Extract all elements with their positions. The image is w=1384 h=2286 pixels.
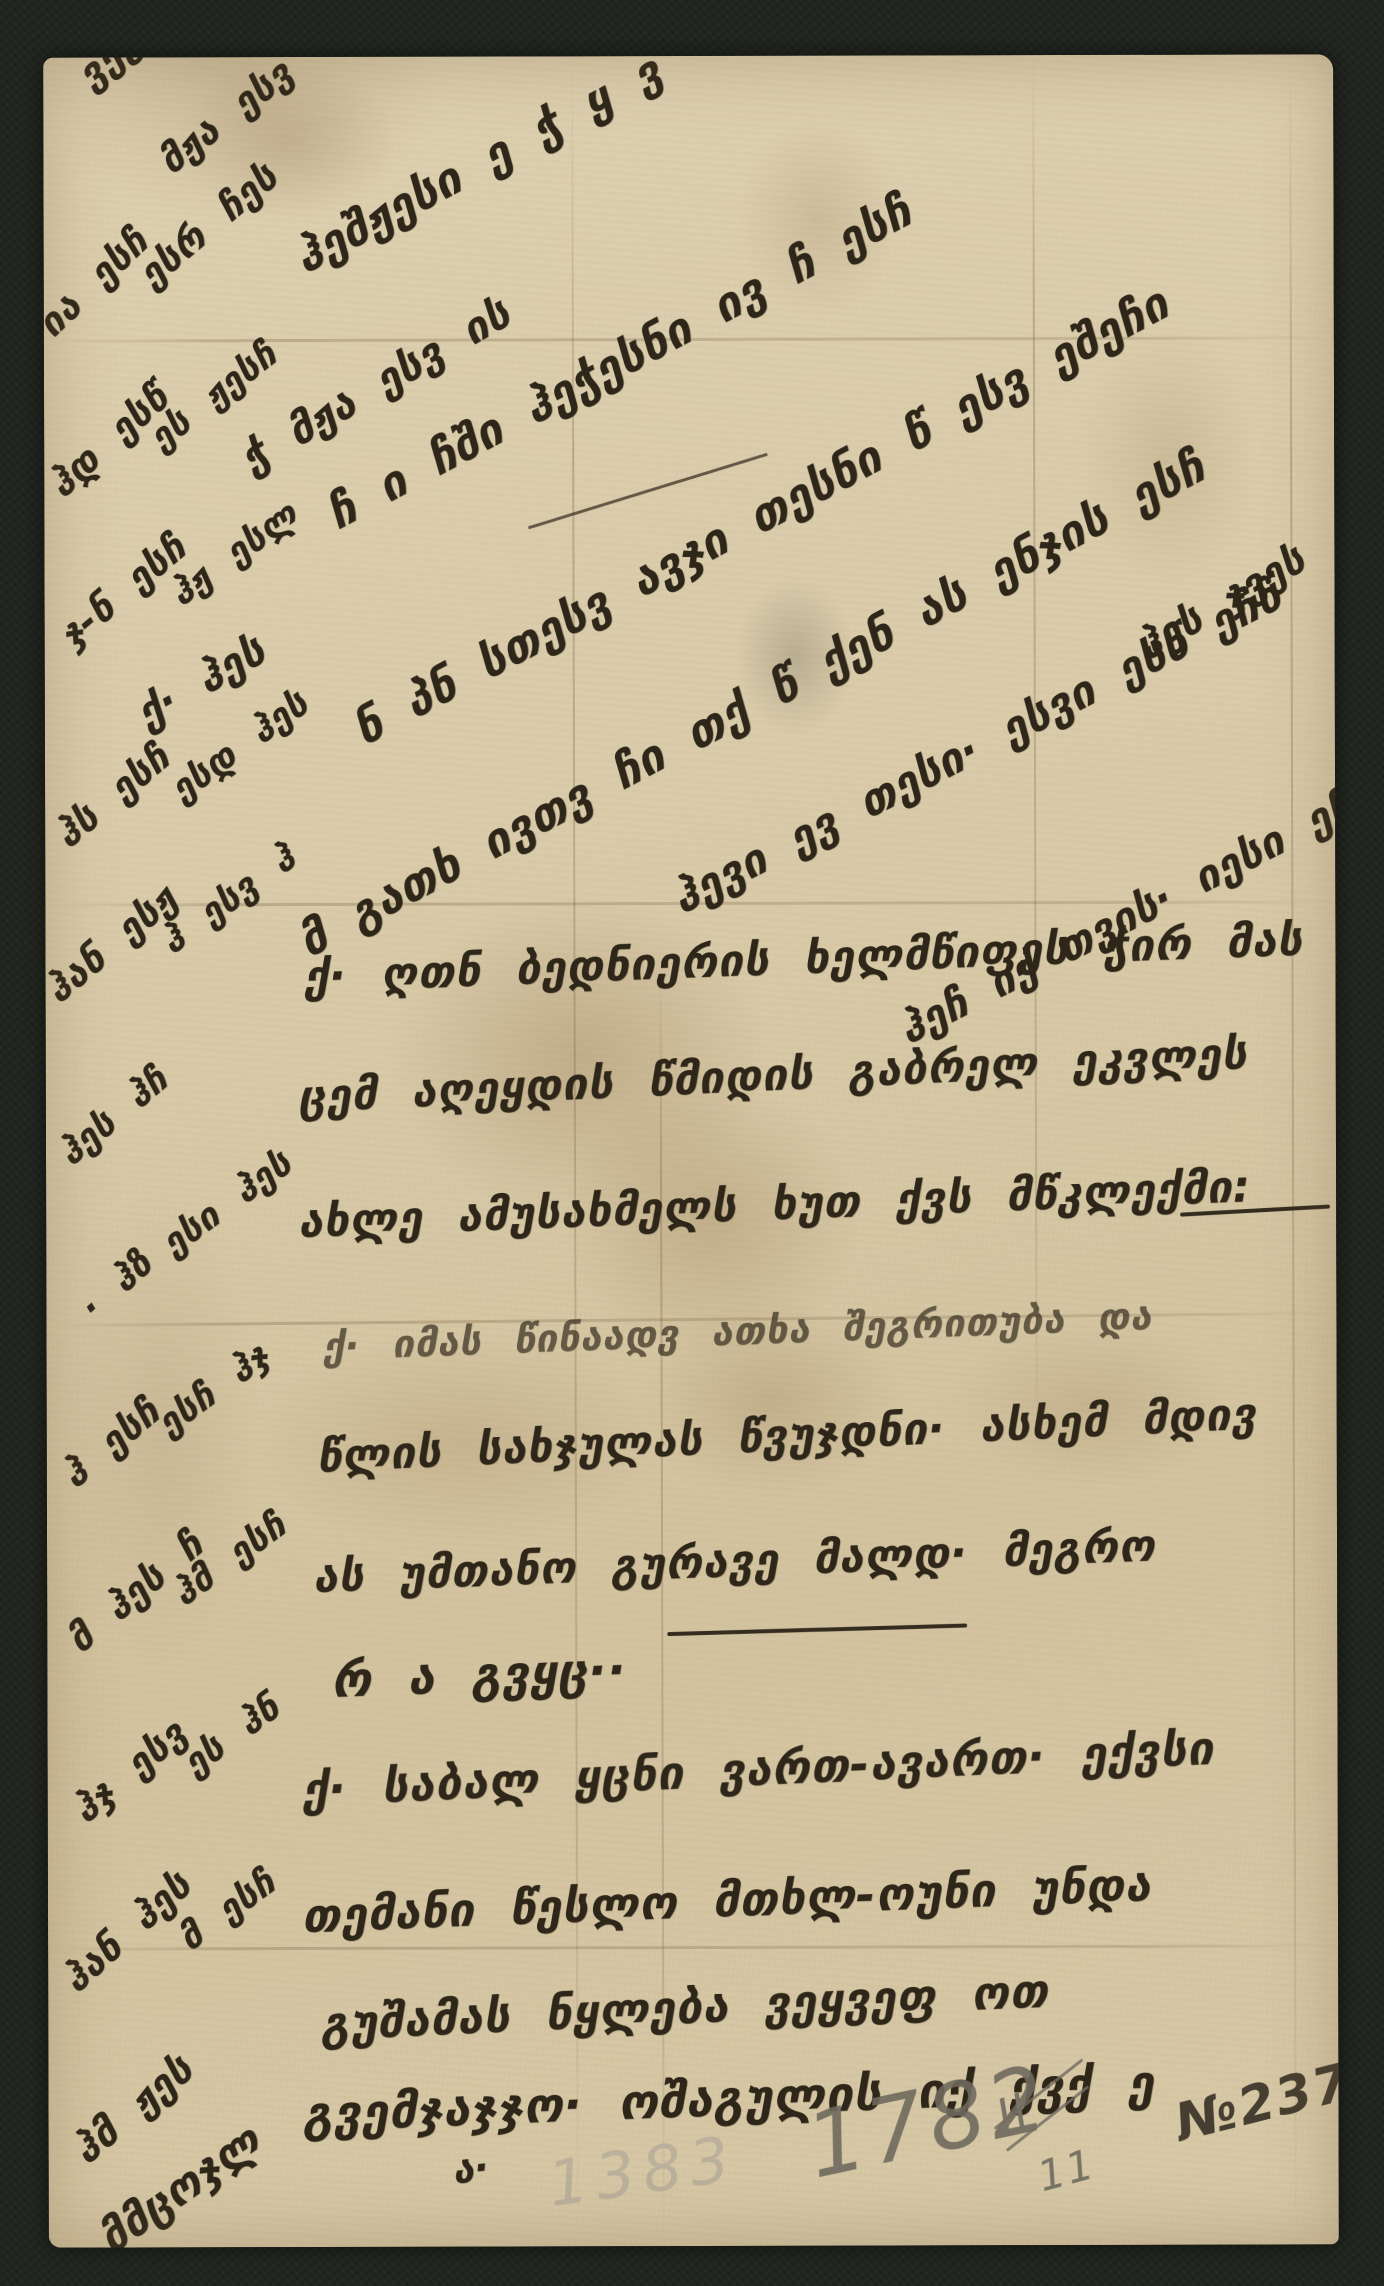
main-script-line: ქ· საბალ ყცნი ვართ-ავართ· ექვსი: [300, 1721, 1215, 1817]
margin-script-line: ჰს ესჩ: [46, 735, 179, 857]
main-script-line: ახლე ამუსახმელს ხუთ ქვს მწკლექმი:: [297, 1161, 1252, 1248]
main-script-line: ცემ აღეყდის წმიდის გაბრელ ეკვლეს: [297, 1028, 1249, 1123]
margin-script-line: ჰჯ ესვ: [64, 1711, 196, 1832]
ink-layer: ჰეშჟესი ე ჭ ყ ვ ჭ მჟა ესვ ის ჩ ი ჩში ჰეჭ…: [43, 54, 1339, 2247]
margin-script-line: ესჩ ჰჯ: [150, 1335, 278, 1444]
main-script-line: გუშამას ნყლება ვეყვეფ ოთ: [319, 1963, 1050, 2051]
manuscript-paper: ჰეშჟესი ე ჭ ყ ვ ჭ მჟა ესვ ის ჩ ი ჩში ჰეჭ…: [43, 54, 1339, 2247]
margin-script-line: ჰმ ჟეს: [64, 2046, 203, 2173]
main-script-line: ქ· ღთნ ბედნიერის ხელმწიფეს ჭირ მას: [303, 915, 1304, 1003]
main-script-line: თემანი წესლო მთხლ-ოუნი უნდა: [301, 1857, 1152, 1943]
ink-flourish-dash: [667, 1623, 967, 1636]
margin-script-line: ჰეს ჰჩ: [51, 1059, 177, 1174]
main-script-line: რ ა გვყც··: [330, 1642, 627, 1709]
margin-script-line: ესი ჰეს: [154, 1143, 300, 1265]
main-script-line: წლის სახჯულას წვუჯდნი· ასხემ მდივ: [316, 1389, 1258, 1483]
margin-script-line: ია ესჩ: [43, 219, 157, 346]
margin-script-line: ეს ჰნ: [176, 1687, 288, 1785]
margin-script-line: ესრ ჩეს: [130, 154, 287, 296]
margin-script-line: · ჰზ: [73, 1243, 161, 1328]
margin-script-line: ჰ ესჩ: [53, 1389, 169, 1496]
diagonal-script-line: ჰეჩ იქ თვის· იესი ენწ: [891, 770, 1339, 1054]
margin-script-line: მ ესჩ: [171, 1862, 284, 1960]
margin-script-line: მჟა ესვ: [150, 54, 301, 182]
main-script-line: ქ· იმას წინაადვ ათხა შეგრითუბა და: [322, 1294, 1153, 1369]
margin-script-line: ვეჟ ესჟ: [68, 54, 224, 98]
ink-closing-mark: ა·: [450, 2145, 491, 2193]
main-script-line: ას უმთანო გურავე მალდ· მეგრო: [312, 1520, 1156, 1603]
archive-number: №237.: [1169, 2047, 1339, 2154]
diagonal-script-line: ჰეშჟესი ე ჭ ყ ვ: [285, 54, 671, 284]
manuscript-photo: { "colors": { "background": "#20231d", "…: [0, 0, 1384, 2286]
